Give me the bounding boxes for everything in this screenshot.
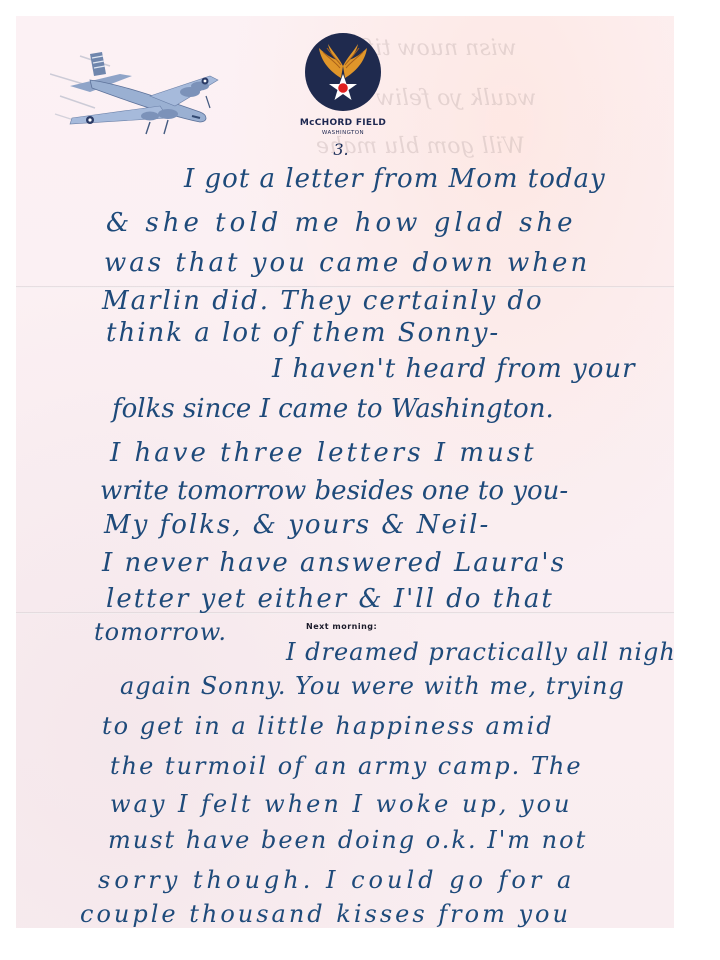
letterhead-title: McCHORD FIELD (266, 118, 420, 128)
handwritten-line: I got a letter from Mom today (184, 164, 606, 194)
handwritten-line: I haven't heard from your (272, 354, 636, 384)
handwritten-line: must have been doing o.k. I'm not (108, 826, 587, 854)
bleed-through-text: waulk yo feliw (376, 86, 536, 111)
handwritten-line: I dreamed practically all night (286, 638, 674, 666)
handwritten-line: tomorrow. (94, 618, 227, 646)
handwritten-line: write tomorrow besides one to you- (100, 476, 568, 506)
handwritten-line: again Sonny. You were with me, trying (120, 672, 625, 700)
handwritten-line: couple thousand kisses from you (80, 900, 571, 928)
handwritten-line: Marlin did. They certainly do (102, 286, 544, 316)
page-number: 3. (326, 140, 356, 159)
handwritten-line: was that you came down when (104, 248, 590, 278)
handwritten-line: think a lot of them Sonny- (106, 318, 500, 348)
b17-bomber-airplane-icon (50, 36, 230, 136)
letter-page: wisn nuow tifin waulk yo feliw Will gom … (16, 16, 674, 928)
handwritten-line: the turmoil of an army camp. The (110, 752, 583, 780)
handwritten-line: to get in a little happiness amid (102, 712, 554, 740)
handwritten-line: way I felt when I woke up, you (110, 790, 573, 818)
handwritten-line: letter yet either & I'll do that (106, 584, 554, 614)
handwritten-line: I never have answered Laura's (102, 548, 566, 578)
army-air-forces-winged-star-icon (303, 32, 383, 112)
handwritten-line: sorry though. I could go for a (98, 866, 575, 894)
letterhead-subtitle: WASHINGTON (266, 130, 420, 136)
handwritten-line: My folks, & yours & Neil- (104, 510, 490, 540)
next-morning-annotation: Next morning: (306, 622, 377, 631)
handwritten-line: & she told me how glad she (106, 208, 577, 238)
handwritten-line: I have three letters I must (110, 438, 537, 468)
handwritten-line: folks since I came to Washington. (112, 394, 554, 424)
